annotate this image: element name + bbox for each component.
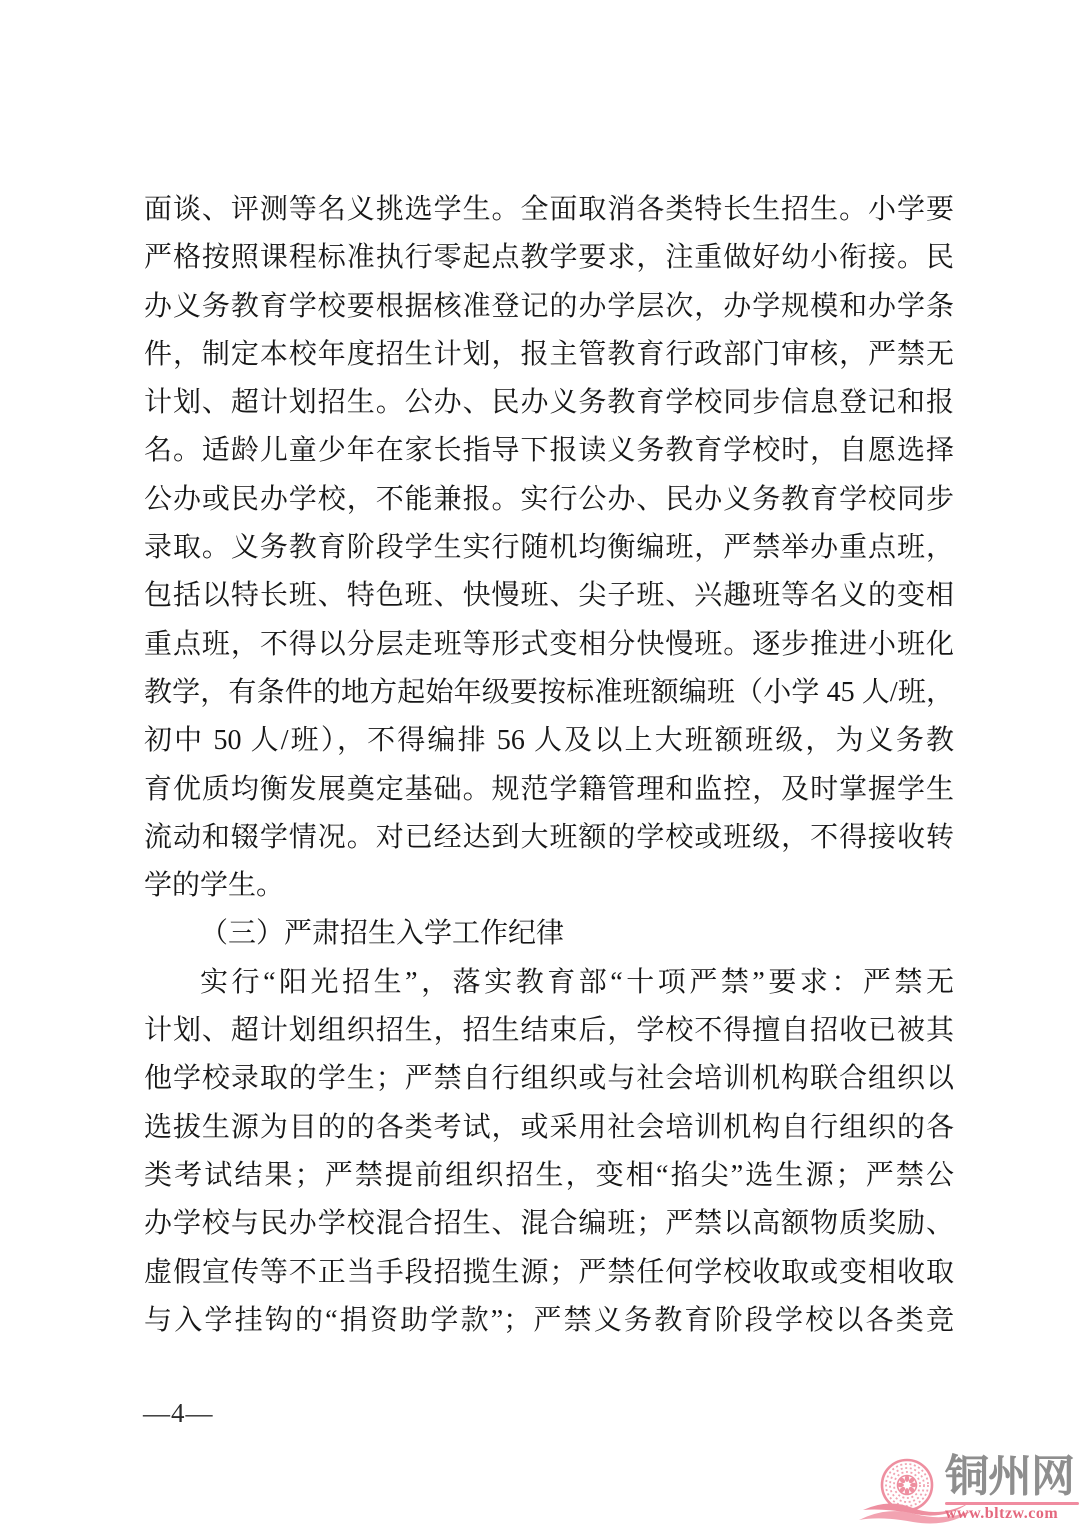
text-line: 重点班，不得以分层走班等形式变相分快慢班。逐步推进小班化 bbox=[144, 621, 954, 669]
text-line: 学的学生。 bbox=[144, 862, 954, 910]
page-number: —4— bbox=[143, 1398, 214, 1428]
text-line: 初中 50 人/班），不得编排 56 人及以上大班额班级，为义务教 bbox=[144, 717, 954, 765]
text-line: 办义务教育学校要根据核准登记的办学层次，办学规模和办学条 bbox=[144, 283, 954, 331]
text-line: 与入学挂钩的“捐资助学款”；严禁义务教育阶段学校以各类竞 bbox=[144, 1297, 954, 1345]
text-line: 面谈、评测等名义挑选学生。全面取消各类特长生招生。小学要 bbox=[144, 186, 954, 234]
paragraph-enrollment-management: 面谈、评测等名义挑选学生。全面取消各类特长生招生。小学要严格按照课程标准执行零起… bbox=[144, 186, 954, 910]
text-line: 包括以特长班、特色班、快慢班、尖子班、兴趣班等名义的变相 bbox=[144, 572, 954, 620]
text-line: 件，制定本校年度招生计划，报主管教育行政部门审核，严禁无 bbox=[144, 331, 954, 379]
site-watermark: 铜州网 www.bltzw.com bbox=[853, 1448, 1080, 1528]
text-line: 名。适龄儿童少年在家长指导下报读义务教育学校时，自愿选择 bbox=[144, 427, 954, 475]
text-line: 育优质均衡发展奠定基础。规范学籍管理和监控，及时掌握学生 bbox=[144, 766, 954, 814]
section-heading: （三）严肃招生入学工作纪律 bbox=[144, 910, 954, 958]
text-line: 选拔生源为目的的各类考试，或采用社会培训机构自行组织的各 bbox=[144, 1104, 954, 1152]
text-line: 流动和辍学情况。对已经达到大班额的学校或班级，不得接收转 bbox=[144, 814, 954, 862]
text-line: 类考试结果；严禁提前组织招生，变相“掐尖”选生源；严禁公 bbox=[144, 1152, 954, 1200]
page-footer: —4— bbox=[143, 1398, 214, 1429]
text-line: 他学校录取的学生；严禁自行组织或与社会培训机构联合组织以 bbox=[144, 1055, 954, 1103]
text-line: 公办或民办学校，不能兼报。实行公办、民办义务教育学校同步 bbox=[144, 476, 954, 524]
text-line: 计划、超计划组织招生，招生结束后，学校不得擅自招收已被其 bbox=[144, 1007, 954, 1055]
document-page: 面谈、评测等名义挑选学生。全面取消各类特长生招生。小学要严格按照课程标准执行零起… bbox=[0, 0, 1080, 1528]
site-name: 铜州网 bbox=[945, 1454, 1080, 1500]
text-line: 录取。义务教育阶段学生实行随机均衡编班，严禁举办重点班， bbox=[144, 524, 954, 572]
text-line: 教学，有条件的地方起始年级要按标准班额编班（小学 45 人/班， bbox=[144, 669, 954, 717]
document-body: 面谈、评测等名义挑选学生。全面取消各类特长生招生。小学要严格按照课程标准执行零起… bbox=[144, 186, 954, 1345]
text-line: 严格按照课程标准执行零起点教学要求，注重做好幼小衔接。民 bbox=[144, 234, 954, 282]
paragraph-discipline: 实行“阳光招生”，落实教育部“十项严禁”要求：严禁无计划、超计划组织招生，招生结… bbox=[144, 959, 954, 1345]
site-url: www.bltzw.com bbox=[945, 1505, 1080, 1523]
text-line: 计划、超计划招生。公办、民办义务教育学校同步信息登记和报 bbox=[144, 379, 954, 427]
text-line: 虚假宣传等不正当手段招揽生源；严禁任何学校收取或变相收取 bbox=[144, 1249, 954, 1297]
text-line: 办学校与民办学校混合招生、混合编班；严禁以高额物质奖励、 bbox=[144, 1200, 954, 1248]
watermark-text: 铜州网 www.bltzw.com bbox=[945, 1454, 1080, 1523]
text-line: 实行“阳光招生”，落实教育部“十项严禁”要求：严禁无 bbox=[144, 959, 954, 1007]
